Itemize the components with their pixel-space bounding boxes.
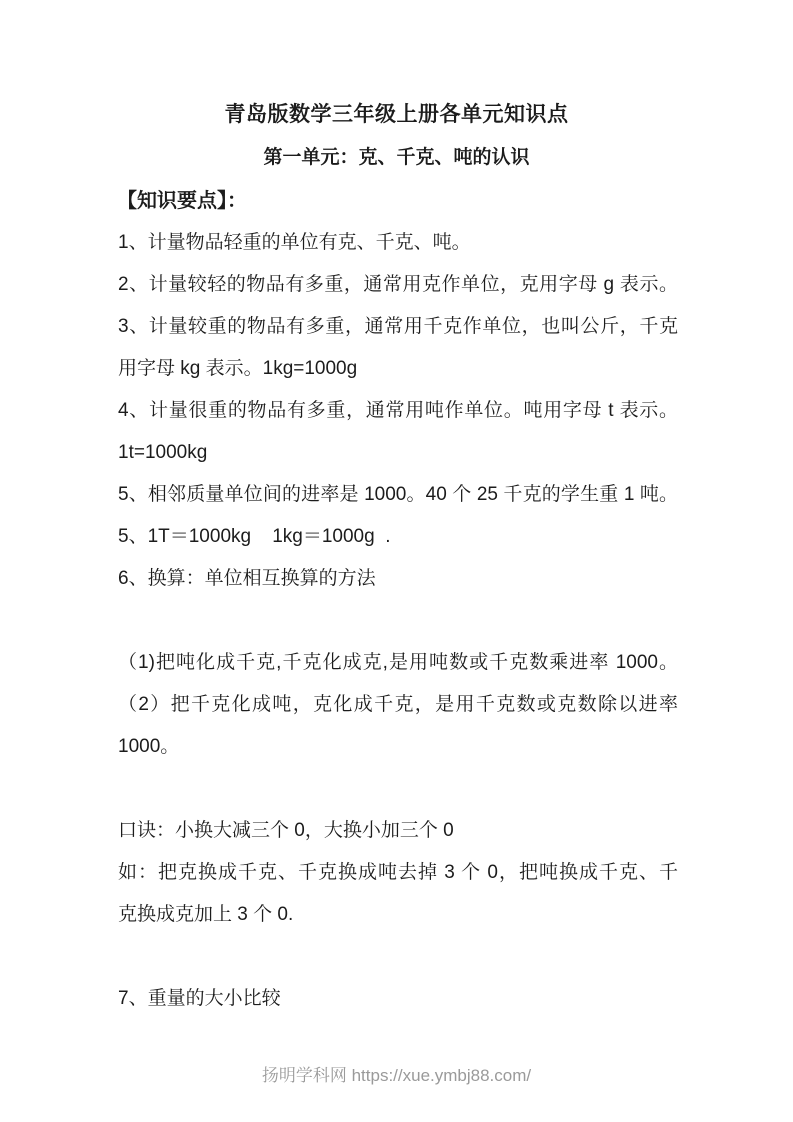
text-line: 5、1T＝1000kg 1kg＝1000g .: [118, 516, 678, 558]
text-line: 2、计量较轻的物品有多重，通常用克作单位，克用字母 g 表示。: [118, 264, 678, 306]
document-page: 青岛版数学三年级上册各单元知识点 第一单元：克、千克、吨的认识 【知识要点】： …: [0, 0, 793, 1122]
text-line: 6、换算：单位相互换算的方法: [118, 558, 678, 600]
text-line: 用字母 kg 表示。1kg=1000g: [118, 348, 678, 390]
text-line: 5、相邻质量单位间的进率是 1000。40 个 25 千克的学生重 1 吨。: [118, 474, 678, 516]
footer: 扬明学科网 https://xue.ymbj88.com/: [0, 1064, 793, 1088]
text-line: 克换成克加上 3 个 0.: [118, 894, 678, 936]
text-line: 1000。: [118, 726, 678, 768]
blank-line: [118, 600, 678, 642]
text-line: 7、重量的大小比较: [118, 978, 678, 1020]
body-text: 1、计量物品轻重的单位有克、千克、吨。2、计量较轻的物品有多重，通常用克作单位，…: [118, 222, 678, 1020]
text-line: 4、计量很重的物品有多重，通常用吨作单位。吨用字母 t 表示。: [118, 390, 678, 432]
footer-site-name: 扬明学科网: [262, 1066, 347, 1085]
text-line: 如：把克换成千克、千克换成吨去掉 3 个 0，把吨换成千克、千: [118, 852, 678, 894]
text-line: （1)把吨化成千克,千克化成克,是用吨数或千克数乘进率 1000。: [118, 642, 678, 684]
blank-line: [118, 768, 678, 810]
text-line: 1、计量物品轻重的单位有克、千克、吨。: [118, 222, 678, 264]
text-line: （2）把千克化成吨，克化成千克，是用千克数或克数除以进率: [118, 684, 678, 726]
footer-url: https://xue.ymbj88.com/: [352, 1066, 532, 1085]
unit-subtitle: 第一单元：克、千克、吨的认识: [0, 145, 793, 171]
text-line: 口诀：小换大减三个 0，大换小加三个 0: [118, 810, 678, 852]
blank-line: [118, 936, 678, 978]
document-title: 青岛版数学三年级上册各单元知识点: [0, 100, 793, 130]
text-line: 3、计量较重的物品有多重，通常用千克作单位，也叫公斤，千克: [118, 306, 678, 348]
text-line: 1t=1000kg: [118, 432, 678, 474]
knowledge-points-heading: 【知识要点】：: [117, 188, 247, 214]
